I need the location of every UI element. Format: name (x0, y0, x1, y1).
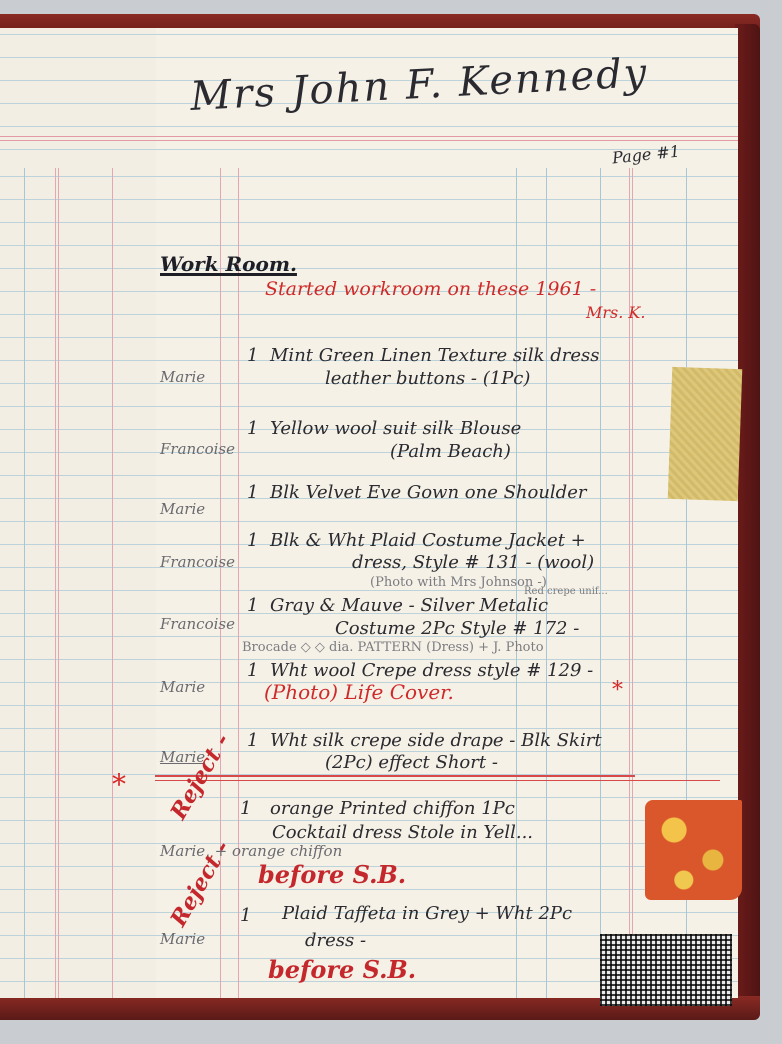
separator-rule (155, 775, 635, 777)
item-quantity: 1 (247, 530, 258, 551)
item-quantity: 1 (240, 905, 251, 926)
column-rule (238, 168, 239, 998)
column-rule (632, 168, 633, 998)
pencil-annotation: (Photo with Mrs Johnson -) (370, 575, 547, 590)
item-description-detail: (2Pc) effect Short - (325, 752, 498, 773)
asterisk-mark: * (612, 678, 623, 703)
item-quantity: 1 (247, 418, 258, 439)
item-description-detail: leather buttons - (1Pc) (325, 368, 530, 389)
seamstress-name: Francoise (160, 553, 235, 571)
left-page (0, 28, 157, 998)
item-quantity: 1 (247, 482, 258, 503)
seamstress-name: Marie (160, 500, 205, 518)
item-description: Mint Green Linen Texture silk dress (270, 345, 599, 366)
item-quantity: 1 (240, 798, 251, 819)
item-quantity: 1 (247, 595, 258, 616)
orange-fabric-swatch (645, 800, 742, 900)
column-rule (600, 168, 601, 998)
header-rule (0, 140, 156, 141)
item-quantity: 1 (247, 345, 258, 366)
pencil-annotation: Brocade ◇ ◇ dia. PATTERN (Dress) + J. Ph… (242, 640, 544, 655)
column-rule (112, 168, 113, 998)
section-note-initials: Mrs. K. (586, 303, 645, 322)
item-description: Yellow wool suit silk Blouse (270, 418, 521, 439)
column-rule (58, 168, 59, 998)
item-description: Wht silk crepe side drape - Blk Skirt (270, 730, 602, 751)
separator-rule (155, 780, 720, 781)
item-description-detail: dress - (305, 930, 366, 951)
seamstress-name: Marie (160, 678, 205, 696)
column-rule (55, 168, 56, 998)
header-rule (0, 136, 156, 137)
header-rule (156, 140, 738, 141)
column-rule (629, 168, 630, 998)
seamstress-name: Marie, + orange chiffon (160, 842, 342, 860)
seamstress-name: Francoise (160, 615, 235, 633)
item-description: Gray & Mauve - Silver Metalic (270, 595, 548, 616)
item-description: orange Printed chiffon 1Pc (270, 798, 515, 819)
asterisk-mark: * (112, 768, 126, 801)
red-annotation: before S.B. (268, 955, 416, 984)
red-annotation: before S.B. (258, 860, 406, 889)
section-note: Started workroom on these 1961 - (265, 278, 596, 300)
seamstress-name: Marie (160, 368, 205, 386)
item-description-detail: Cocktail dress Stole in Yell... (272, 822, 533, 843)
item-description: Wht wool Crepe dress style # 129 - (270, 660, 593, 681)
item-description: Blk & Wht Plaid Costume Jacket + (270, 530, 586, 551)
yellow-fabric-swatch (668, 367, 743, 501)
seamstress-name: Marie (160, 930, 205, 948)
item-description: Plaid Taffeta in Grey + Wht 2Pc (282, 903, 572, 924)
section-heading: Work Room. (160, 252, 297, 276)
item-quantity: 1 (247, 660, 258, 681)
item-description-detail: (Palm Beach) (390, 441, 511, 462)
header-rule (156, 136, 738, 137)
red-annotation: (Photo) Life Cover. (264, 680, 454, 704)
column-rule (24, 168, 25, 998)
item-quantity: 1 (247, 730, 258, 751)
item-description-detail: Costume 2Pc Style # 172 - (335, 618, 579, 639)
plaid-fabric-swatch (600, 934, 732, 1006)
seamstress-name: Francoise (160, 440, 235, 458)
item-description: Blk Velvet Eve Gown one Shoulder (270, 482, 586, 503)
item-description-detail: dress, Style # 131 - (wool) (352, 552, 594, 573)
